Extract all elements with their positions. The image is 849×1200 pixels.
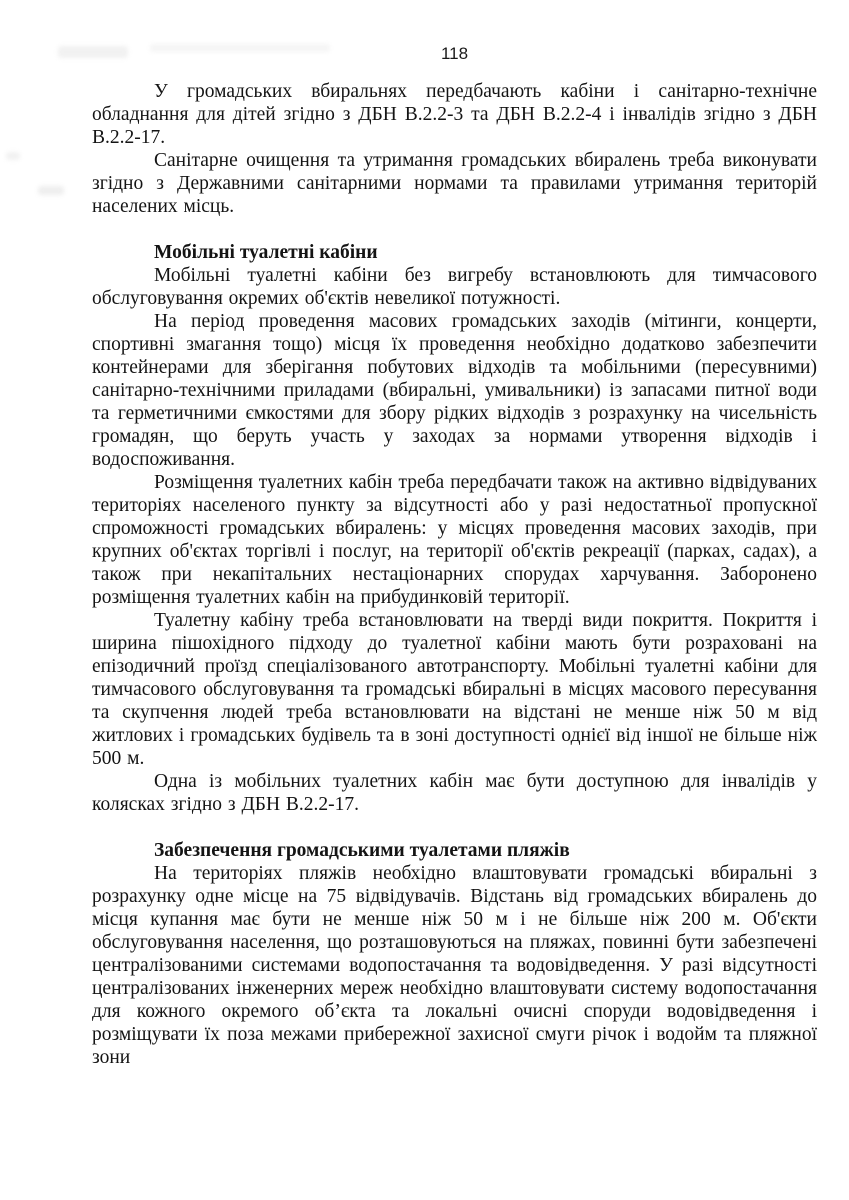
paragraph-sanitary-cleaning: Санітарне очищення та утримання громадсь… bbox=[92, 149, 817, 218]
paragraph-accessible-cabin: Одна із мобільних туалетних кабін має бу… bbox=[92, 770, 817, 816]
section-heading-mobile-toilet-cabins: Мобільні туалетні кабіни bbox=[92, 241, 817, 264]
paragraph-mass-events-provision: На період проведення масових громадських… bbox=[92, 310, 817, 471]
paragraph-cabin-placement: Розміщення туалетних кабін треба передба… bbox=[92, 471, 817, 609]
paragraph-cabin-installation-requirements: Туалетну кабіну треба встановлювати на т… bbox=[92, 609, 817, 770]
document-body: У громадських вбиральнях передбачають ка… bbox=[92, 80, 817, 1069]
paragraph-beach-restroom-requirements: На територіях пляжів необхідно влаштовув… bbox=[92, 862, 817, 1069]
scan-artifact bbox=[38, 186, 64, 195]
document-page: 118 У громадських вбиральнях передбачают… bbox=[0, 0, 849, 1200]
paragraph-mobile-cabins-purpose: Мобільні туалетні кабіни без вигребу вст… bbox=[92, 264, 817, 310]
page-number: 118 bbox=[92, 44, 817, 64]
section-heading-beach-toilets: Забезпечення громадськими туалетами пляж… bbox=[92, 839, 817, 862]
paragraph-public-restrooms-cabins: У громадських вбиральнях передбачають ка… bbox=[92, 80, 817, 149]
scan-artifact bbox=[6, 152, 20, 160]
